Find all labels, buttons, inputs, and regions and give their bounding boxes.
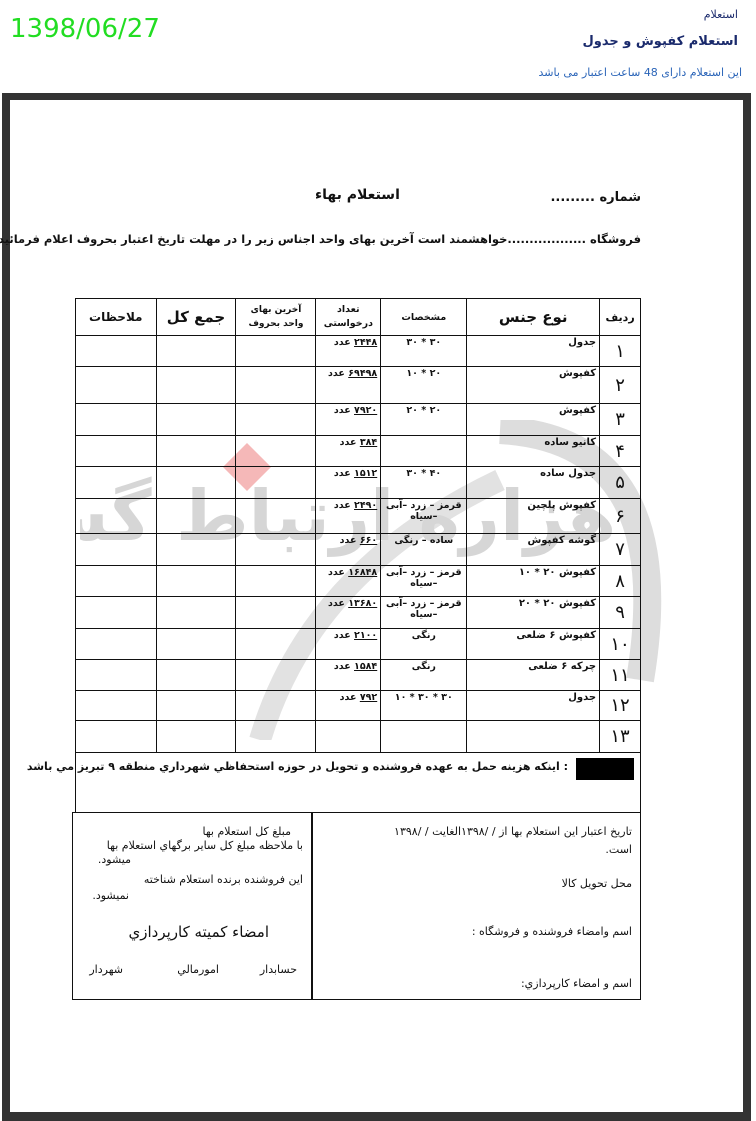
price-input-cell[interactable] <box>236 499 316 534</box>
item-spec: ۳۰ * ۳۰ <box>381 336 467 367</box>
row-number: ۵ <box>600 467 641 499</box>
qty-unit: عدد <box>340 437 357 448</box>
table-row: ۸کفپوش ۲۰ * ۱۰قرمز – زرد –آبی –سیاه۱۶۸۴۸… <box>76 566 641 597</box>
qty-unit: عدد <box>328 567 345 578</box>
total-input-cell[interactable] <box>156 367 236 404</box>
signature-divider <box>311 813 313 999</box>
winner-note: این فروشنده برنده استعلام شناخته <box>144 873 303 886</box>
item-qty: ۲۴۹۰ عدد <box>316 499 381 534</box>
row-number: ۱۰ <box>600 629 641 660</box>
qty-unit: عدد <box>334 630 351 641</box>
document-title: استعلام بهاء <box>315 187 400 203</box>
total-input-cell[interactable] <box>156 467 236 499</box>
row-number: ۷ <box>600 534 641 566</box>
qty-value: ۱۵۱۲ <box>354 468 377 479</box>
item-spec <box>381 721 467 753</box>
row-number: ۱۱ <box>600 660 641 691</box>
notes-input-cell[interactable] <box>76 691 157 721</box>
signature-left-panel: مبلغ کل استعلام بها با ملاحظه مبلغ کل سا… <box>73 813 309 999</box>
item-type: کفپوش ۲۰ * ۲۰ <box>467 597 600 629</box>
total-input-cell[interactable] <box>156 404 236 436</box>
item-type: جدول <box>467 691 600 721</box>
table-row: ۶کفپوش پلچینقرمز – زرد –آبی –سیاه۲۴۹۰ عد… <box>76 499 641 534</box>
winner-note-end: نمیشود. <box>92 889 129 902</box>
total-input-cell[interactable] <box>156 534 236 566</box>
total-note: با ملاحظه مبلغ کل سایر برگهاي استعلام به… <box>107 839 303 852</box>
price-input-cell[interactable] <box>236 336 316 367</box>
item-qty: ۷۹۲۰ عدد <box>316 404 381 436</box>
row-number: ۸ <box>600 566 641 597</box>
total-label: مبلغ کل استعلام بها <box>202 825 291 838</box>
notes-input-cell[interactable] <box>76 436 157 467</box>
table-row: ۷گوشه کفپوشساده – رنگی۶۶۰ عدد <box>76 534 641 566</box>
signature-right-panel: تاریخ اعتبار این استعلام بها از / /۱۳۹۸ا… <box>316 813 632 999</box>
total-input-cell[interactable] <box>156 629 236 660</box>
col-spec: مشخصات <box>381 299 467 336</box>
price-input-cell[interactable] <box>236 367 316 404</box>
item-type: گوشه کفپوش <box>467 534 600 566</box>
price-input-cell[interactable] <box>236 534 316 566</box>
item-spec: رنگی <box>381 660 467 691</box>
validity-end: است. <box>605 843 632 856</box>
table-row: ۵جدول ساده۴۰ * ۳۰۱۵۱۲ عدد <box>76 467 641 499</box>
table-row: ۱جدول۳۰ * ۳۰۲۴۴۸ عدد <box>76 336 641 367</box>
table-row: ۴کانیو ساده۳۸۴ عدد <box>76 436 641 467</box>
item-qty: ۲۴۴۸ عدد <box>316 336 381 367</box>
qty-value: ۲۴۴۸ <box>354 337 377 348</box>
table-header-row: ردیف نوع جنس مشخصات تعداد درخواستی آخرین… <box>76 299 641 336</box>
item-spec: ۲۰ * ۱۰ <box>381 367 467 404</box>
item-spec: ۳۰ * ۳۰ * ۱۰ <box>381 691 467 721</box>
note-box: : اینکه هزینه حمل به عهده فروشنده و تحوی… <box>75 752 641 813</box>
item-spec: رنگی <box>381 629 467 660</box>
total-input-cell[interactable] <box>156 721 236 753</box>
item-type: چرکه ۶ ضلعی <box>467 660 600 691</box>
notes-input-cell[interactable] <box>76 660 157 691</box>
delivery-place: محل تحویل کالا <box>562 877 632 890</box>
price-input-cell[interactable] <box>236 467 316 499</box>
seller-signature: اسم وامضاء فروشنده و فروشگاه : <box>472 925 632 938</box>
item-type: کفپوش ۶ ضلعی <box>467 629 600 660</box>
item-spec: قرمز – زرد –آبی –سیاه <box>381 597 467 629</box>
row-number: ۱ <box>600 336 641 367</box>
breadcrumb[interactable]: استعلام <box>704 8 738 21</box>
document-number: شماره ......... <box>550 190 641 205</box>
item-type: کفپوش <box>467 404 600 436</box>
col-price: آخرین بهای واحد بحروف <box>236 299 316 336</box>
notes-input-cell[interactable] <box>76 534 157 566</box>
validity-period: تاریخ اعتبار این استعلام بها از / /۱۳۹۸ا… <box>394 825 632 838</box>
row-number: ۴ <box>600 436 641 467</box>
qty-unit: عدد <box>340 535 357 546</box>
item-spec: قرمز – زرد –آبی –سیاه <box>381 499 467 534</box>
total-input-cell[interactable] <box>156 336 236 367</box>
col-type: نوع جنس <box>467 299 600 336</box>
price-input-cell[interactable] <box>236 660 316 691</box>
delivery-note: : اینکه هزینه حمل به عهده فروشنده و تحوی… <box>27 760 568 773</box>
item-qty: ۳۸۴ عدد <box>316 436 381 467</box>
procurement-signature: اسم و امضاء کارپردازي: <box>521 977 632 990</box>
qty-unit: عدد <box>328 368 345 379</box>
item-type: کفپوش ۲۰ * ۱۰ <box>467 566 600 597</box>
item-spec: ۲۰ * ۲۰ <box>381 404 467 436</box>
row-number: ۹ <box>600 597 641 629</box>
qty-unit: عدد <box>340 692 357 703</box>
redacted-block <box>576 758 634 780</box>
total-input-cell[interactable] <box>156 499 236 534</box>
notes-input-cell[interactable] <box>76 336 157 367</box>
qty-unit: عدد <box>334 500 351 511</box>
col-notes: ملاحظات <box>76 299 157 336</box>
table-row: ۳کفپوش۲۰ * ۲۰۷۹۲۰ عدد <box>76 404 641 436</box>
qty-value: ۳۸۴ <box>360 437 377 448</box>
table-row: ۱۳ <box>76 721 641 753</box>
notes-input-cell[interactable] <box>76 367 157 404</box>
qty-value: ۶۶۰ <box>360 535 377 546</box>
table-row: ۹کفپوش ۲۰ * ۲۰قرمز – زرد –آبی –سیاه۱۳۶۸۰… <box>76 597 641 629</box>
item-spec: قرمز – زرد –آبی –سیاه <box>381 566 467 597</box>
item-type: جدول <box>467 336 600 367</box>
row-number: ۶ <box>600 499 641 534</box>
notes-input-cell[interactable] <box>76 404 157 436</box>
qty-value: ۱۵۸۴ <box>354 661 377 672</box>
row-number: ۱۲ <box>600 691 641 721</box>
notes-input-cell[interactable] <box>76 566 157 597</box>
item-qty <box>316 721 381 753</box>
item-qty: ۷۹۲ عدد <box>316 691 381 721</box>
item-qty: ۱۵۱۲ عدد <box>316 467 381 499</box>
item-qty: ۱۶۸۴۸ عدد <box>316 566 381 597</box>
table-row: ۱۱چرکه ۶ ضلعیرنگی۱۵۸۴ عدد <box>76 660 641 691</box>
total-note-end: میشود. <box>98 853 131 866</box>
qty-value: ۷۹۲۰ <box>354 405 377 416</box>
qty-value: ۱۶۸۴۸ <box>348 567 377 578</box>
price-input-cell[interactable] <box>236 404 316 436</box>
item-type: کانیو ساده <box>467 436 600 467</box>
price-input-cell[interactable] <box>236 691 316 721</box>
item-qty: ۲۱۰۰ عدد <box>316 629 381 660</box>
total-input-cell[interactable] <box>156 566 236 597</box>
item-qty: ۱۳۶۸۰ عدد <box>316 597 381 629</box>
qty-value: ۷۹۲ <box>360 692 377 703</box>
row-number: ۲ <box>600 367 641 404</box>
item-type: کفپوش پلچین <box>467 499 600 534</box>
role-mayor: شهردار <box>89 963 123 976</box>
notes-input-cell[interactable] <box>76 597 157 629</box>
notes-input-cell[interactable] <box>76 721 157 753</box>
total-input-cell[interactable] <box>156 691 236 721</box>
role-finance: امورمالي <box>177 963 219 976</box>
col-qty: تعداد درخواستی <box>316 299 381 336</box>
total-input-cell[interactable] <box>156 436 236 467</box>
item-qty: ۶۹۴۹۸ عدد <box>316 367 381 404</box>
table-row: ۱۰کفپوش ۶ ضلعیرنگی۲۱۰۰ عدد <box>76 629 641 660</box>
qty-unit: عدد <box>334 661 351 672</box>
total-input-cell[interactable] <box>156 597 236 629</box>
notes-input-cell[interactable] <box>76 629 157 660</box>
item-qty: ۶۶۰ عدد <box>316 534 381 566</box>
item-spec: ۴۰ * ۳۰ <box>381 467 467 499</box>
qty-unit: عدد <box>334 468 351 479</box>
price-input-cell[interactable] <box>236 597 316 629</box>
table-row: ۱۲جدول۳۰ * ۳۰ * ۱۰۷۹۲ عدد <box>76 691 641 721</box>
row-number: ۱۳ <box>600 721 641 753</box>
item-type <box>467 721 600 753</box>
inquiry-date: 1398/06/27 <box>10 14 160 44</box>
role-accountant: حسابدار <box>260 963 297 976</box>
table-row: ۲کفپوش۲۰ * ۱۰۶۹۴۹۸ عدد <box>76 367 641 404</box>
price-input-cell[interactable] <box>236 566 316 597</box>
notes-input-cell[interactable] <box>76 467 157 499</box>
signature-block: تاریخ اعتبار این استعلام بها از / /۱۳۹۸ا… <box>72 812 641 1000</box>
qty-unit: عدد <box>334 337 351 348</box>
document-intro: فروشگاه ..................خواهشمند است آ… <box>0 232 641 246</box>
validity-note: این استعلام دارای 48 ساعت اعتبار می باشد <box>539 66 743 79</box>
total-input-cell[interactable] <box>156 660 236 691</box>
price-input-cell[interactable] <box>236 721 316 753</box>
col-total: جمع کل <box>156 299 236 336</box>
col-row: ردیف <box>600 299 641 336</box>
qty-unit: عدد <box>334 405 351 416</box>
committee-signature: امضاء کمیته کارپردازي <box>128 923 269 941</box>
price-input-cell[interactable] <box>236 629 316 660</box>
row-number: ۳ <box>600 404 641 436</box>
item-spec <box>381 436 467 467</box>
page-title: استعلام کفپوش و جدول <box>583 34 739 49</box>
inquiry-table: ردیف نوع جنس مشخصات تعداد درخواستی آخرین… <box>75 298 641 753</box>
qty-value: ۲۱۰۰ <box>354 630 377 641</box>
item-qty: ۱۵۸۴ عدد <box>316 660 381 691</box>
qty-value: ۱۳۶۸۰ <box>348 598 377 609</box>
notes-input-cell[interactable] <box>76 499 157 534</box>
qty-value: ۲۴۹۰ <box>354 500 377 511</box>
item-spec: ساده – رنگی <box>381 534 467 566</box>
qty-unit: عدد <box>328 598 345 609</box>
item-type: جدول ساده <box>467 467 600 499</box>
item-type: کفپوش <box>467 367 600 404</box>
price-input-cell[interactable] <box>236 436 316 467</box>
qty-value: ۶۹۴۹۸ <box>348 368 377 379</box>
